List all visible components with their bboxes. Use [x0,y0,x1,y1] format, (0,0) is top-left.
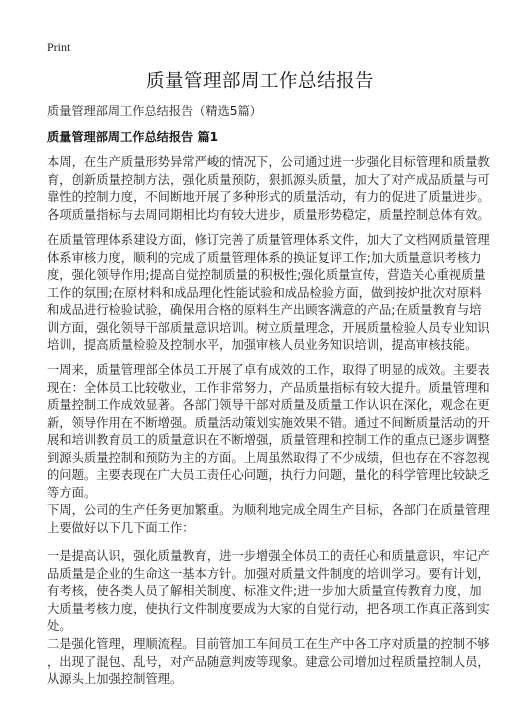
text-line: 体系审核力度，顺利的完成了质量管理体系的换证复评工作;加大质量意识考核力 [47,250,477,268]
text-line: 工作的氛围;在原材料和成品理化性能试验和成品检验方面，做到按炉批次对原料 [47,285,477,303]
text-line: 靠性的控制力度，不间断地开展了多种形式的质量活动，有力的促进了质量进步。 [47,189,477,207]
paragraph-6: 二是强化管理，理顺流程。目前管加工车间员工在生产中各工序对质量的控制不够 ，出现… [47,636,477,689]
text-line: 大质量考核力度，使执行文件制度要成为大家的自觉行动，把各项工作真正落到实 [47,601,477,619]
section-heading: 质量管理部周工作总结报告 篇1 [47,128,218,145]
text-line: 训方面，强化领导干部质量意识培训。树立质量理念，开展质量检验人员专业知识 [47,320,477,338]
text-line: 展和培训教育员工的质量意识在不断增强，质量管理和控制工作的重点已逐步调整 [47,432,477,450]
document-title: 质量管理部周工作总结报告 [0,67,520,93]
text-line: 二是强化管理，理顺流程。目前管加工车间员工在生产中各工序对质量的控制不够 [47,636,477,654]
text-line: 处。 [47,618,477,636]
text-line: 的问题。主要表现在广大员工责任心问题，执行力问题，量化的科学管理比较缺乏 [47,467,477,485]
text-line: 一周来，质量管理部全体员工开展了卓有成效的工作，取得了明显的成效。主要表 [47,362,477,380]
document-page: Print 质量管理部周工作总结报告 质量管理部周工作总结报告（精选5篇） 质量… [0,0,520,718]
text-line: 度，强化领导作用;提高自觉控制质量的积极性;强化质量宣传，营造关心重视质量 [47,267,477,285]
text-line: 在质量管理体系建设方面，修订完善了质量管理体系文件，加大了文档网质量管理 [47,232,477,250]
text-line: 下周，公司的生产任务更加繁重。为顺利地完成全周生产目标，各部门在质量管理 [47,502,477,520]
text-line: 等方面。 [47,485,477,503]
paragraph-1: 本周，在生产质量形势异常严峻的情况下，公司通过进一步强化目标管理和质量教 育，创… [47,154,477,224]
text-line: 上要做好以下几下面工作： [47,520,477,538]
text-line: 和成品进行检验试验，确保用合格的原料生产出顾客满意的产品;在质量教育与培 [47,302,477,320]
text-line: 新，领导作用在不断增强。质量活动策划实施效果不错。通过不间断质量活动的开 [47,415,477,433]
paragraph-2: 在质量管理体系建设方面，修订完善了质量管理体系文件，加大了文档网质量管理 体系审… [47,232,477,355]
text-line: 从源头上加强控制管理。 [47,671,477,689]
paragraph-4: 下周，公司的生产任务更加繁重。为顺利地完成全周生产目标，各部门在质量管理 上要做… [47,502,477,537]
paragraph-3: 一周来，质量管理部全体员工开展了卓有成效的工作，取得了明显的成效。主要表 现在：… [47,362,477,502]
text-line: 各项质量指标与去周同期相比均有较大进步，质量形势稳定，质量控制总体有效。 [47,207,477,225]
text-line: 育，创新质量控制方法，强化质量预防，狠抓源头质量，加大了对产成品质量与可 [47,172,477,190]
text-line: 培训，提高质量检验及控制水平，加强审核人员业务知识培训，提高审核技能。 [47,337,477,355]
text-line: 现在：全体员工比较敬业，工作非常努力，产品质量指标有较大提升。质量管理和 [47,380,477,398]
print-label: Print [47,40,70,55]
paragraph-5: 一是提高认识，强化质量教育，进一步增强全体员工的责任心和质量意识，牢记产 品质量… [47,548,477,636]
text-line: 一是提高认识，强化质量教育，进一步增强全体员工的责任心和质量意识，牢记产 [47,548,477,566]
text-line: 到源头质量控制和预防为主的方面。上周虽然取得了不少成绩，但也存在不容忽视 [47,450,477,468]
text-line: 质量控制工作成效显著。各部门领导干部对质量及质量工作认识在深化，观念在更 [47,397,477,415]
document-subtitle: 质量管理部周工作总结报告（精选5篇） [47,102,262,119]
text-line: 本周，在生产质量形势异常严峻的情况下，公司通过进一步强化目标管理和质量教 [47,154,477,172]
text-line: 有考核，使各类人员了解相关制度、标准文件;进一步加大质量宣传教育力度，加 [47,583,477,601]
text-line: 品质量是企业的生命这一基本方针。加强对质量文件制度的培训学习。要有计划， [47,566,477,584]
text-line: ，出现了混包、乱号，对产品随意判废等现象。建意公司增加过程质量控制人员， [47,654,477,672]
